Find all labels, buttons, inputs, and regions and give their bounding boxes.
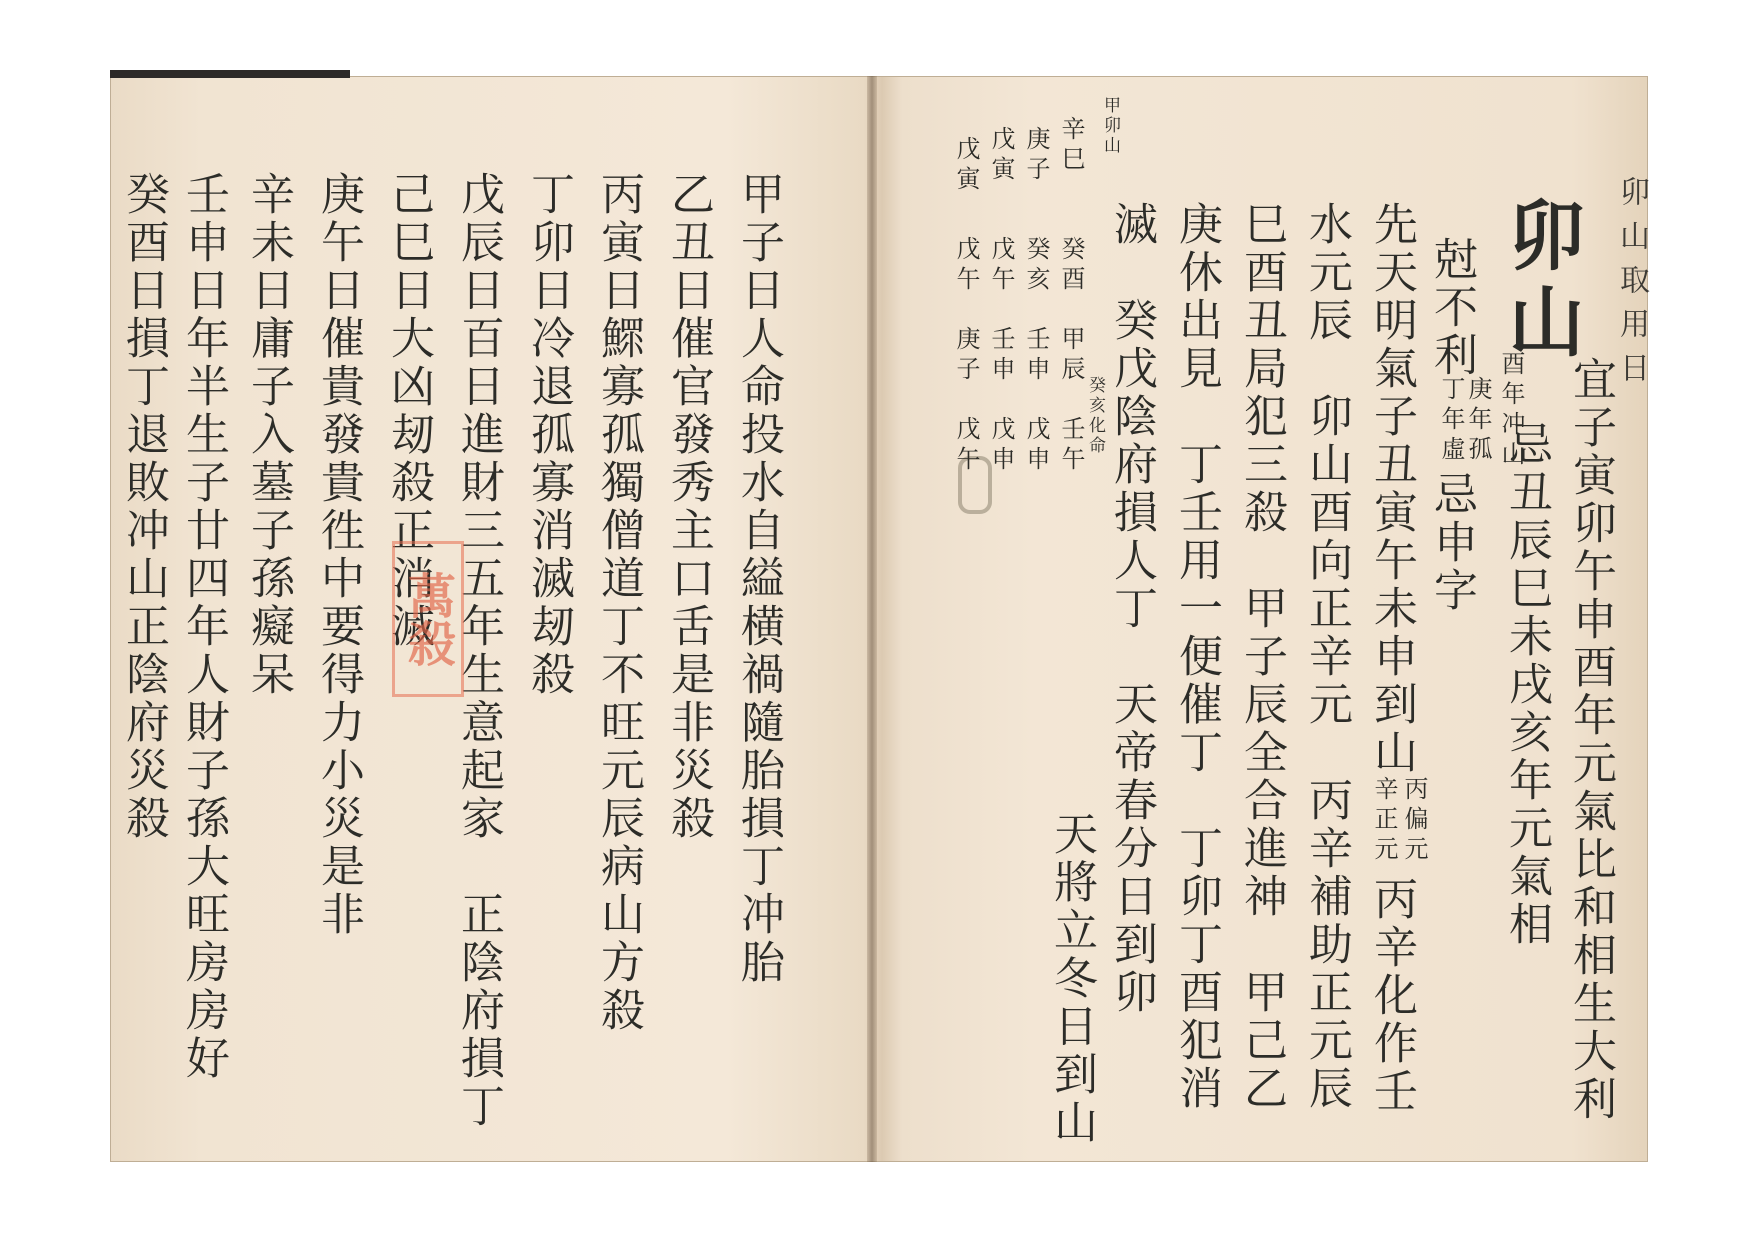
right-col-ji: 忌丑辰巳未戌亥年元氣相	[1504, 421, 1548, 949]
left-page: 甲子日人命投水自縊横禍隨胎損丁冲胎 乙丑日催官發秀主口舌是非災殺 丙寅日鰥寡孤獨…	[110, 76, 870, 1162]
right-col-yi: 宜子寅卯午申酉年元氣比和相生大利	[1568, 356, 1612, 1124]
right-note-bingpian: 丙偏元	[1402, 776, 1426, 866]
right-col-gengxiu: 庚休出見 丁壬用一便催丁 丁卯丁酉犯消	[1174, 201, 1218, 1113]
right-note-chongshan: 酉年冲山	[1499, 351, 1523, 471]
right-note-geng: 庚年孤	[1466, 376, 1490, 466]
annotation-col4-bottom: 戊午 庚子 戊午	[954, 236, 978, 476]
left-col-3: 丙寅日鰥寡孤獨僧道丁不旺元辰病山方殺	[596, 171, 640, 1035]
left-col-4: 丁卯日冷退孤寡消滅刼殺	[526, 171, 570, 699]
left-col-2: 乙丑日催官發秀主口舌是非災殺	[666, 171, 710, 843]
annotation-col2-bottom: 癸亥 壬申 戊申	[1024, 236, 1048, 476]
right-col-siyou: 巳酉丑局犯三殺 甲子辰全合進神 甲己乙	[1239, 201, 1283, 1113]
left-col-8: 辛未日庸子入墓子孫癡呆	[246, 171, 290, 699]
left-col-9: 壬申日年半生子廿四年人財子孫大旺房房好	[181, 171, 225, 1083]
right-col-ke: 尅不利	[1429, 236, 1473, 380]
right-col-shuiyuan: 水元辰 卯山酉向正辛元 丙辛補助正元辰	[1304, 201, 1348, 1113]
page-title: 卯山	[1502, 196, 1578, 368]
annotation-col1-top: 辛巳	[1059, 116, 1083, 176]
annotation-col4-top: 戊寅	[954, 136, 978, 196]
right-col-jishen: 忌申字	[1429, 471, 1473, 615]
left-col-10: 癸酉日損丁退敗冲山正陰府災殺	[121, 171, 165, 843]
right-col-xiantian: 先天明氣子丑寅午未申到山	[1369, 201, 1413, 777]
left-col-1: 甲子日人命投水自縊横禍隨胎損丁冲胎	[736, 171, 780, 987]
annotation-header: 甲卯山	[1101, 96, 1118, 156]
open-book: 甲子日人命投水自縊横禍隨胎損丁冲胎 乙丑日催官發秀主口舌是非災殺 丙寅日鰥寡孤獨…	[110, 76, 1648, 1162]
annotation-col1-bottom: 癸酉 甲辰 壬午	[1059, 236, 1083, 476]
annotation-col3-bottom: 戊午 壬申 戊申	[989, 236, 1013, 476]
annotation-col3-top: 戊寅	[989, 126, 1013, 186]
right-note-xinzheng: 辛正元	[1372, 776, 1396, 866]
annotation-col1-note: 癸亥化命	[1086, 376, 1103, 456]
right-note-ding: 丁年虛	[1439, 376, 1463, 466]
red-seal-stamp: 萬殺	[392, 541, 464, 697]
right-col-bingxin: 丙辛化作壬	[1369, 876, 1413, 1116]
right-page: 卯山取用日 卯山 宜子寅卯午申酉年元氣比和相生大利 忌丑辰巳未戌亥年元氣相 酉年…	[874, 76, 1648, 1162]
right-col-mie: 滅 癸戊陰府損人丁 天帝春分日到卯	[1109, 201, 1153, 1017]
right-col-tianjiang: 天將立冬日到山	[1049, 811, 1093, 1147]
annotation-col2-top: 庚子	[1024, 126, 1048, 186]
page-edge-label: 卯山取用日	[1616, 176, 1646, 396]
left-col-7: 庚午日催貴發貴徃中要得力小災是非	[316, 171, 360, 939]
